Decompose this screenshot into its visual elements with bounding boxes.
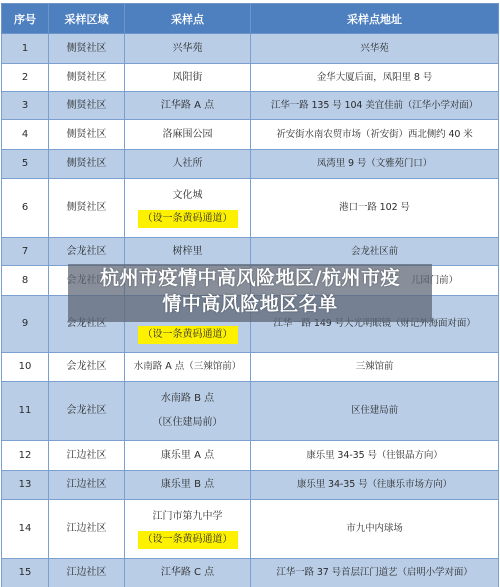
cell-index: 11 <box>2 382 49 441</box>
table-row: 10 会龙社区 水南路 A 点（三辣馆前） 三辣馆前 <box>2 353 499 382</box>
cell-point: 文化城 （设一条黄码通道） <box>125 179 251 238</box>
cell-area: 江边社区 <box>49 559 125 587</box>
cell-point: 水南路 B 点 （区住建局前） <box>125 382 251 441</box>
cell-index: 9 <box>2 296 49 353</box>
cell-index: 15 <box>2 559 49 587</box>
table-row: 12 江边社区 康乐里 A 点 康乐里 34-35 号（往银晶方向） <box>2 441 499 471</box>
point-note: （区住建局前） <box>127 416 248 430</box>
cell-index: 2 <box>2 64 49 92</box>
cell-area: 侧贤社区 <box>49 120 125 150</box>
cell-point: 凤阳街 <box>125 64 251 92</box>
cell-area: 会龙社区 <box>49 238 125 266</box>
yellow-code-lane-note: （设一条黄码通道） <box>138 210 238 228</box>
table-row: 5 侧贤社区 人社所 凤湾里 9 号（文雅苑门口） <box>2 150 499 179</box>
cell-area: 侧贤社区 <box>49 92 125 120</box>
header-area: 采样区域 <box>49 4 125 34</box>
cell-area: 会龙社区 <box>49 353 125 382</box>
cell-index: 7 <box>2 238 49 266</box>
point-name: 水南路 B 点 <box>127 392 248 406</box>
cell-index: 1 <box>2 34 49 64</box>
cell-area: 侧贤社区 <box>49 150 125 179</box>
table-row: 6 侧贤社区 文化城 （设一条黄码通道） 港口一路 102 号 <box>2 179 499 238</box>
cell-index: 5 <box>2 150 49 179</box>
cell-point: 江华路 C 点 <box>125 559 251 587</box>
cell-index: 6 <box>2 179 49 238</box>
cell-address: 区住建局前 <box>251 382 499 441</box>
cell-address: 江华一路 37 号首层江门道艺（启明小学对面） <box>251 559 499 587</box>
cell-point: 江门市第九中学 （设一条黄码通道） <box>125 500 251 559</box>
overlay-title-line-2: 情中高风险地区名单 <box>68 291 432 317</box>
overlay-title-line-1: 杭州市疫情中高风险地区/杭州市疫 <box>68 265 432 291</box>
cell-area: 侧贤社区 <box>49 179 125 238</box>
cell-point: 洛麻围公园 <box>125 120 251 150</box>
header-address: 采样点地址 <box>251 4 499 34</box>
cell-point: 人社所 <box>125 150 251 179</box>
table-row: 1 侧贤社区 兴华苑 兴华苑 <box>2 34 499 64</box>
cell-index: 10 <box>2 353 49 382</box>
yellow-code-lane-note: （设一条黄码通道） <box>138 326 238 344</box>
cell-address: 康乐里 34-35 号（往银晶方向） <box>251 441 499 471</box>
cell-point: 水南路 A 点（三辣馆前） <box>125 353 251 382</box>
cell-point: 康乐里 A 点 <box>125 441 251 471</box>
cell-address: 凤湾里 9 号（文雅苑门口） <box>251 150 499 179</box>
cell-area: 侧贤社区 <box>49 64 125 92</box>
yellow-code-lane-note: （设一条黄码通道） <box>138 531 238 549</box>
cell-area: 江边社区 <box>49 441 125 471</box>
cell-address: 市九中内球场 <box>251 500 499 559</box>
cell-address: 金华大厦后面，凤阳里 8 号 <box>251 64 499 92</box>
cell-address: 三辣馆前 <box>251 353 499 382</box>
table-row: 11 会龙社区 水南路 B 点 （区住建局前） 区住建局前 <box>2 382 499 441</box>
table-row: 4 侧贤社区 洛麻围公园 祈安街水南农贸市场（祈安街）西北侧约 40 米 <box>2 120 499 150</box>
cell-index: 4 <box>2 120 49 150</box>
table-row: 7 会龙社区 树梓里 会龙社区前 <box>2 238 499 266</box>
cell-address: 康乐里 34-35 号（往康乐市场方向） <box>251 471 499 500</box>
overlay-title: 杭州市疫情中高风险地区/杭州市疫 情中高风险地区名单 <box>68 265 432 317</box>
cell-address: 兴华苑 <box>251 34 499 64</box>
point-name: 江门市第九中学 <box>127 510 248 524</box>
cell-area: 会龙社区 <box>49 382 125 441</box>
cell-index: 14 <box>2 500 49 559</box>
cell-index: 3 <box>2 92 49 120</box>
cell-point: 兴华苑 <box>125 34 251 64</box>
point-name: 文化城 <box>127 189 248 203</box>
cell-address: 港口一路 102 号 <box>251 179 499 238</box>
cell-address: 会龙社区前 <box>251 238 499 266</box>
cell-point: 江华路 A 点 <box>125 92 251 120</box>
cell-area: 江边社区 <box>49 471 125 500</box>
table-row: 13 江边社区 康乐里 B 点 康乐里 34-35 号（往康乐市场方向） <box>2 471 499 500</box>
cell-address: 祈安街水南农贸市场（祈安街）西北侧约 40 米 <box>251 120 499 150</box>
cell-point: 康乐里 B 点 <box>125 471 251 500</box>
cell-address: 江华一路 135 号 104 美宜佳前（江华小学对面） <box>251 92 499 120</box>
table-row: 2 侧贤社区 凤阳街 金华大厦后面，凤阳里 8 号 <box>2 64 499 92</box>
cell-index: 13 <box>2 471 49 500</box>
header-point: 采样点 <box>125 4 251 34</box>
cell-area: 江边社区 <box>49 500 125 559</box>
header-index: 序号 <box>2 4 49 34</box>
cell-area: 侧贤社区 <box>49 34 125 64</box>
cell-point: 树梓里 <box>125 238 251 266</box>
table-row: 3 侧贤社区 江华路 A 点 江华一路 135 号 104 美宜佳前（江华小学对… <box>2 92 499 120</box>
table-header-row: 序号 采样区域 采样点 采样点地址 <box>2 4 499 34</box>
table-row: 14 江边社区 江门市第九中学 （设一条黄码通道） 市九中内球场 <box>2 500 499 559</box>
cell-index: 12 <box>2 441 49 471</box>
table-row: 15 江边社区 江华路 C 点 江华一路 37 号首层江门道艺（启明小学对面） <box>2 559 499 587</box>
cell-index: 8 <box>2 266 49 296</box>
